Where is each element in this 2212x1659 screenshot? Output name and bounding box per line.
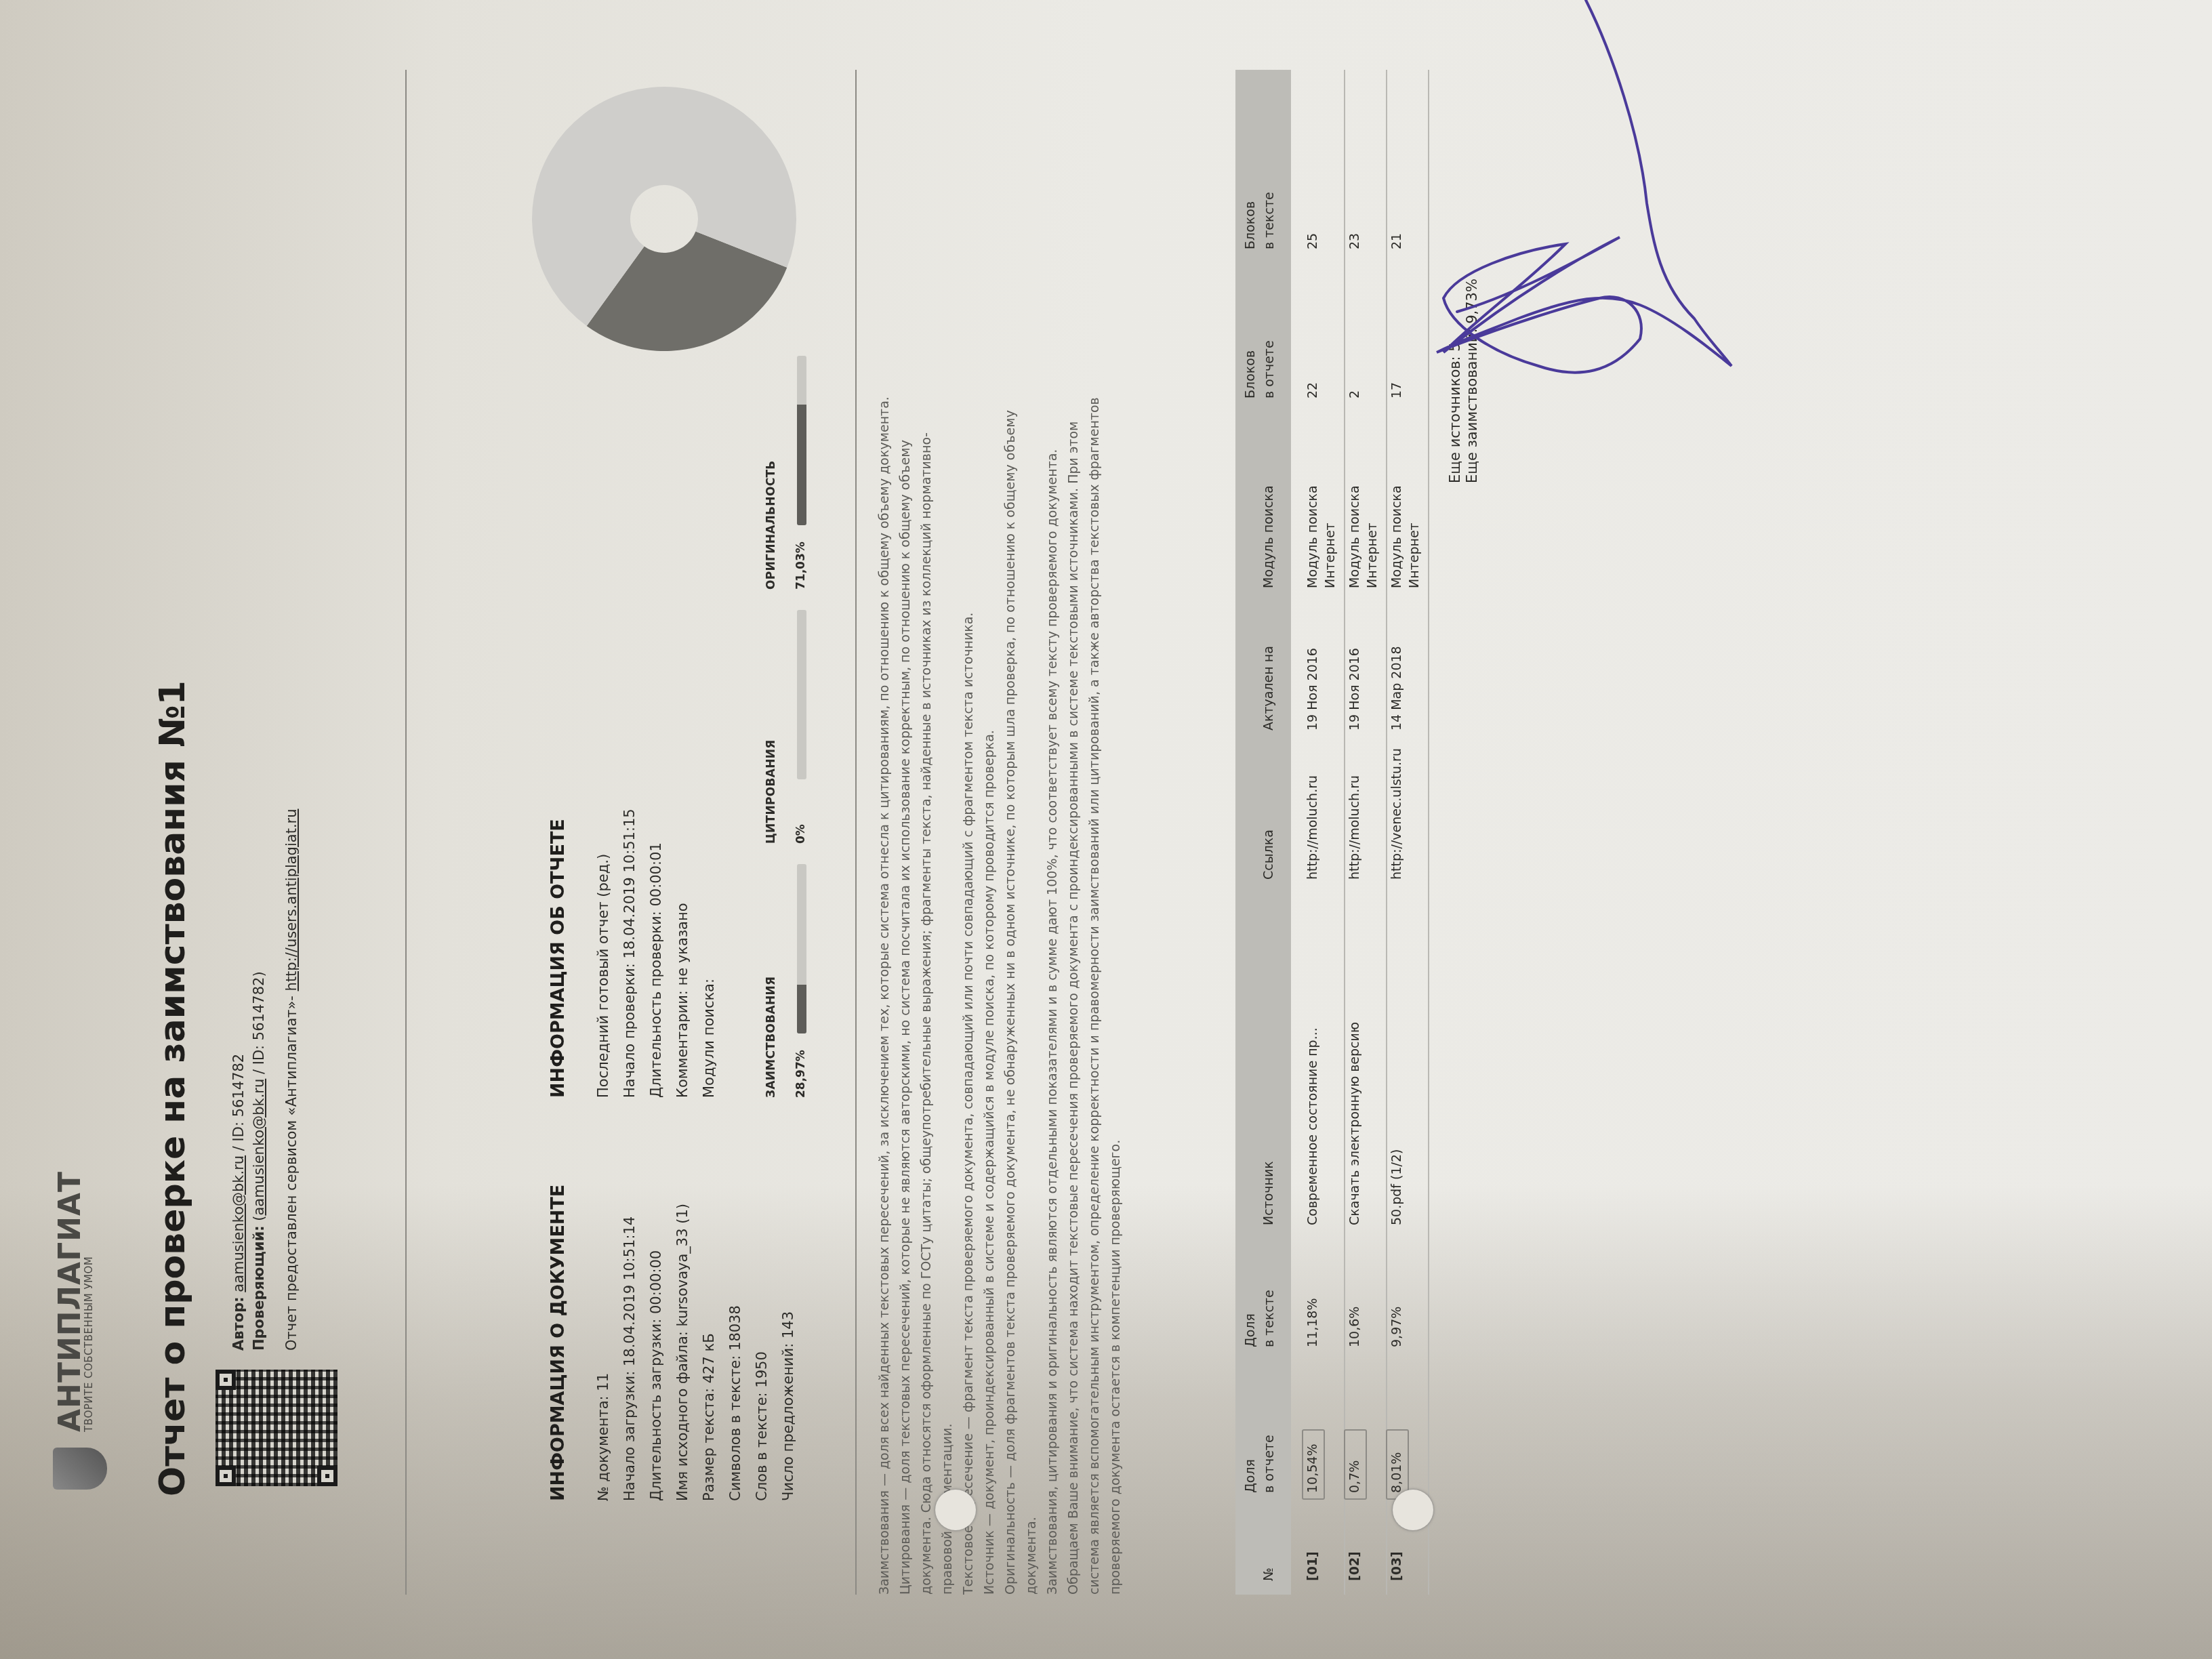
handwritten-signature (0, 0, 2212, 1659)
